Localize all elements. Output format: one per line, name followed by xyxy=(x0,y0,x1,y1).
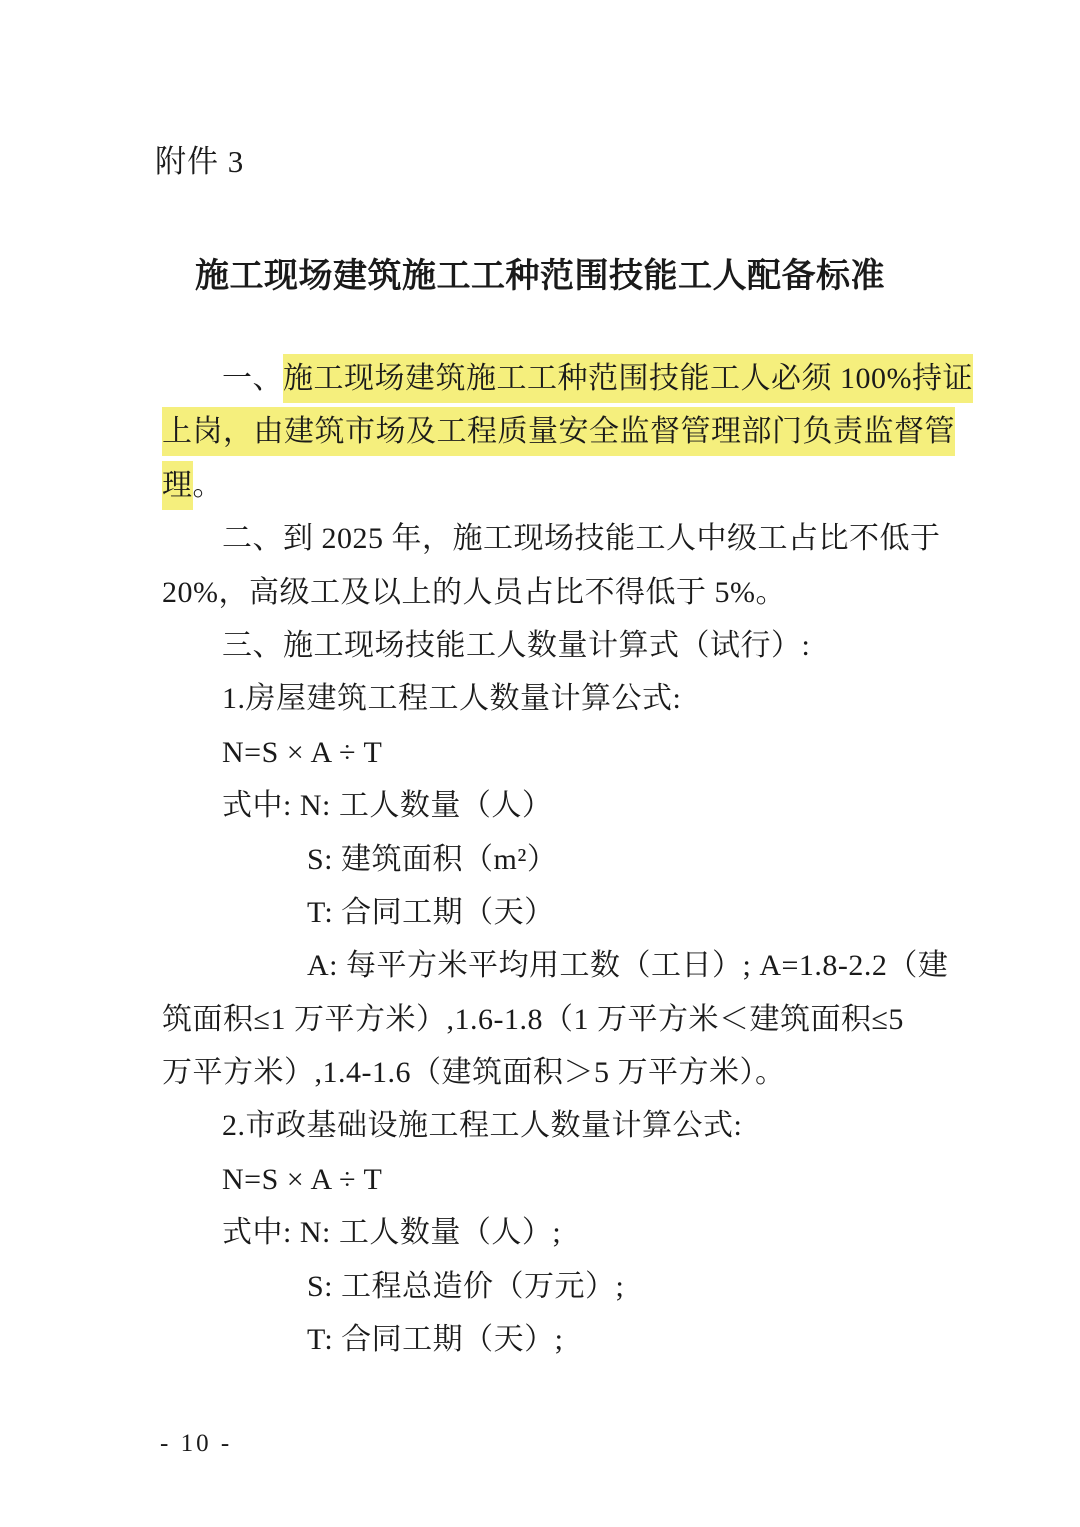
text-line: A: 每平方米平均用工数（工日）; A=1.8-2.2（建 xyxy=(162,939,922,992)
text-segment: T: 合同工期（天） xyxy=(307,896,555,929)
text-segment: S: 建筑面积（m²） xyxy=(307,843,557,876)
attachment-label: 附件 3 xyxy=(155,136,244,181)
text-segment: 二、到 2025 年，施工现场技能工人中级工占比不低于 xyxy=(222,522,941,555)
text-line: 一、施工现场建筑施工工种范围技能工人必须 100%持证 xyxy=(162,352,922,405)
text-line: 1.房屋建筑工程工人数量计算公式: xyxy=(162,672,922,725)
text-segment: 式中: N: 工人数量（人）; xyxy=(222,1216,561,1249)
text-line: 理。 xyxy=(162,459,922,512)
text-line: 三、施工现场技能工人数量计算式（试行）: xyxy=(162,619,922,672)
text-segment: A: 每平方米平均用工数（工日）; A=1.8-2.2（建 xyxy=(307,949,948,982)
highlighted-text: 上岗，由建筑市场及工程质量安全监督管理部门负责监督管 xyxy=(162,407,955,456)
text-line: T: 合同工期（天） xyxy=(162,886,922,939)
highlighted-text: 施工现场建筑施工工种范围技能工人必须 100%持证 xyxy=(283,354,973,403)
text-line: 式中: N: 工人数量（人）; xyxy=(162,1206,922,1259)
text-line: 二、到 2025 年，施工现场技能工人中级工占比不低于 xyxy=(162,512,922,565)
text-line: N=S × A ÷ T xyxy=(162,1153,922,1206)
text-segment: 一、 xyxy=(222,362,283,395)
text-line: 式中: N: 工人数量（人） xyxy=(162,779,922,832)
text-segment: N=S × A ÷ T xyxy=(222,736,382,769)
text-segment: 万平方米）,1.4-1.6（建筑面积＞5 万平方米）。 xyxy=(162,1056,786,1089)
text-line: T: 合同工期（天）; xyxy=(162,1313,922,1366)
text-line: 上岗，由建筑市场及工程质量安全监督管理部门负责监督管 xyxy=(162,405,922,458)
text-segment: T: 合同工期（天）; xyxy=(307,1323,564,1356)
text-line: 20%，高级工及以上的人员占比不得低于 5%。 xyxy=(162,566,922,619)
text-segment: N=S × A ÷ T xyxy=(222,1163,382,1196)
text-segment: 2.市政基础设施工程工人数量计算公式: xyxy=(222,1109,742,1142)
text-segment: 筑面积≤1 万平方米）,1.6-1.8（1 万平方米＜建筑面积≤5 xyxy=(162,1003,904,1036)
document-page: 附件 3 施工现场建筑施工工种范围技能工人配备标准 一、施工现场建筑施工工种范围… xyxy=(0,0,1080,1527)
page-number: - 10 - xyxy=(160,1430,232,1458)
document-body: 一、施工现场建筑施工工种范围技能工人必须 100%持证上岗，由建筑市场及工程质量… xyxy=(162,352,922,1366)
text-segment: S: 工程总造价（万元）; xyxy=(307,1270,624,1303)
page-title: 施工现场建筑施工工种范围技能工人配备标准 xyxy=(0,248,1080,297)
text-line: N=S × A ÷ T xyxy=(162,726,922,779)
text-line: 万平方米）,1.4-1.6（建筑面积＞5 万平方米）。 xyxy=(162,1046,922,1099)
text-segment: 1.房屋建筑工程工人数量计算公式: xyxy=(222,682,681,715)
text-line: S: 工程总造价（万元）; xyxy=(162,1260,922,1313)
text-segment: 式中: N: 工人数量（人） xyxy=(222,789,552,822)
text-segment: 20%，高级工及以上的人员占比不得低于 5%。 xyxy=(162,576,786,609)
text-line: 筑面积≤1 万平方米）,1.6-1.8（1 万平方米＜建筑面积≤5 xyxy=(162,993,922,1046)
text-segment: 三、施工现场技能工人数量计算式（试行）: xyxy=(222,629,810,662)
text-line: S: 建筑面积（m²） xyxy=(162,833,922,886)
highlighted-text: 理 xyxy=(162,461,193,510)
text-line: 2.市政基础设施工程工人数量计算公式: xyxy=(162,1099,922,1152)
text-segment: 。 xyxy=(193,469,224,502)
